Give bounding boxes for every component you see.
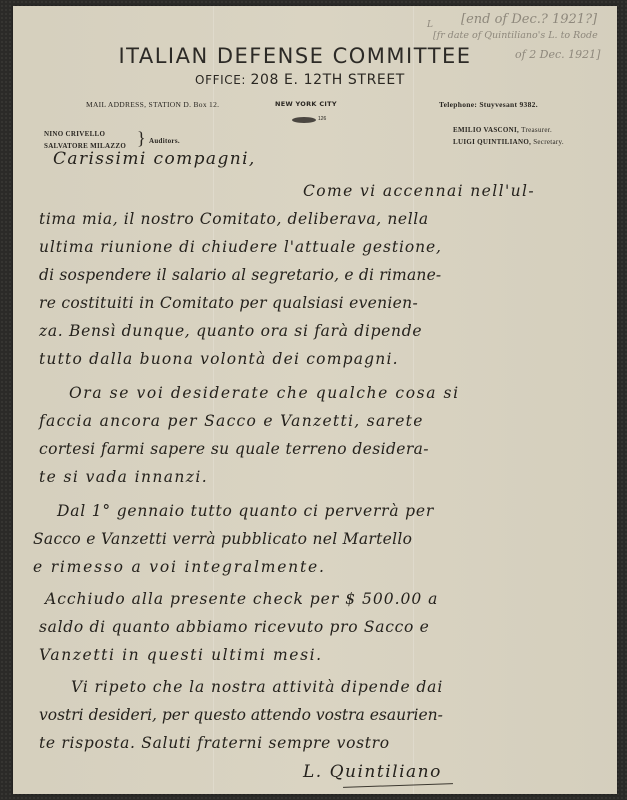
telephone: Telephone: Stuyvesant 9382. bbox=[439, 100, 538, 109]
letter-line: te risposta. Saluti fraterni sempre vost… bbox=[39, 734, 390, 752]
union-label-icon bbox=[292, 117, 316, 123]
letter-line: te si vada innanzi. bbox=[39, 468, 208, 486]
auditor-name: NINO CRIVELLO bbox=[44, 130, 105, 138]
letter-line: e rimesso a voi integralmente. bbox=[33, 558, 326, 576]
archival-annotation-date: [end of Dec.? 1921?] bbox=[461, 12, 597, 27]
archival-annotation-mark: L bbox=[427, 20, 433, 30]
letter-line: Dal 1° gennaio tutto quanto ci perverrà … bbox=[57, 502, 434, 520]
union-label-number: 126 bbox=[318, 116, 326, 122]
signature-underline bbox=[343, 783, 453, 788]
letter-line: vostri desideri, per questo attendo vost… bbox=[39, 706, 443, 724]
letter-line: tima mia, il nostro Comitato, deliberava… bbox=[39, 210, 429, 228]
letter-line: Ora se voi desiderate che qualche cosa s… bbox=[69, 384, 460, 402]
office-prefix: OFFICE: bbox=[195, 73, 246, 87]
signature: L. Quintiliano bbox=[303, 762, 442, 782]
letter-line: Vanzetti in questi ultimi mesi. bbox=[39, 646, 323, 664]
letterhead-title: ITALIAN DEFENSE COMMITTEE bbox=[13, 44, 617, 68]
secretary-name: LUIGI QUINTILIANO, Secretary. bbox=[453, 138, 564, 146]
letter-line: cortesi farmi sapere su quale terreno de… bbox=[39, 440, 429, 458]
letter-line: di sospendere il salario al segretario, … bbox=[39, 266, 441, 284]
archival-annotation-note: [fr date of Quintiliano's L. to Rode bbox=[433, 30, 598, 41]
office-address: 208 E. 12TH STREET bbox=[250, 72, 404, 88]
letter-line: re costituiti in Comitato per qualsiasi … bbox=[39, 294, 418, 312]
mail-address: MAIL ADDRESS, STATION D. Box 12. bbox=[86, 100, 219, 109]
letter-line: Vi ripeto che la nostra attività dipende… bbox=[71, 678, 443, 696]
letter-line: saldo di quanto abbiamo ricevuto pro Sac… bbox=[39, 618, 430, 636]
letter-line: Come vi accennai nell'ul- bbox=[303, 182, 535, 200]
city: NEW YORK CITY bbox=[275, 100, 337, 108]
letter-line: ultima riunione di chiudere l'attuale ge… bbox=[39, 238, 442, 256]
brace-icon: } bbox=[137, 129, 146, 147]
auditors-label: Auditors. bbox=[149, 137, 180, 145]
letter-line: tutto dalla buona volontà dei compagni. bbox=[39, 350, 399, 368]
letter-line: faccia ancora per Sacco e Vanzetti, sare… bbox=[39, 412, 424, 430]
letterhead-office: OFFICE: 208 E. 12TH STREET bbox=[13, 72, 617, 88]
salutation: Carissimi compagni, bbox=[53, 149, 256, 169]
treasurer-name: EMILIO VASCONI, Treasurer. bbox=[453, 126, 552, 134]
letter-line: Sacco e Vanzetti verrà pubblicato nel Ma… bbox=[33, 530, 412, 548]
letter-line: za. Bensì dunque, quanto ora si farà dip… bbox=[39, 322, 422, 340]
letter-line: Acchiudo alla presente check per $ 500.0… bbox=[45, 590, 438, 608]
letter-page: [end of Dec.? 1921?] L [fr date of Quint… bbox=[13, 6, 617, 794]
